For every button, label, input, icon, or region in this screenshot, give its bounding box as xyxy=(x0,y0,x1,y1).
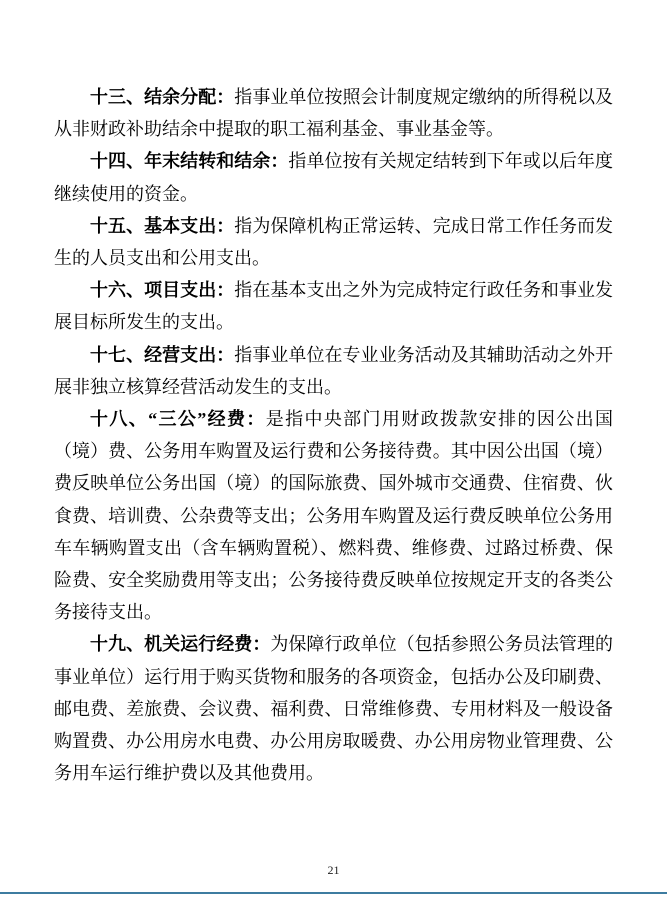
paragraph-heading: 十九、机关运行经费： xyxy=(90,634,270,654)
paragraph: 十三、结余分配：指事业单位按照会计制度规定缴纳的所得税以及从非财政补助结余中提取… xyxy=(54,81,613,145)
paragraph: 十四、年末结转和结余：指单位按有关规定结转到下年或以后年度继续使用的资金。 xyxy=(54,145,613,209)
document-page: 十三、结余分配：指事业单位按照会计制度规定缴纳的所得税以及从非财政补助结余中提取… xyxy=(0,0,667,900)
paragraph-body: 为保障行政单位（包括参照公务员法管理的事业单位）运行用于购买货物和服务的各项资金… xyxy=(54,634,613,783)
paragraph: 十八、“三公”经费：是指中央部门用财政拨款安排的因公出国（境）费、公务用车购置及… xyxy=(54,403,613,628)
paragraph-heading: 十七、经营支出： xyxy=(90,345,234,365)
paragraph-body: 是指中央部门用财政拨款安排的因公出国（境）费、公务用车购置及运行费和公务接待费。… xyxy=(54,409,613,622)
footer-rule xyxy=(0,892,667,894)
paragraph: 十七、经营支出：指事业单位在专业业务活动及其辅助活动之外开展非独立核算经营活动发… xyxy=(54,339,613,403)
paragraph: 十六、项目支出：指在基本支出之外为完成特定行政任务和事业发展目标所发生的支出。 xyxy=(54,274,613,338)
paragraph-heading: 十六、项目支出： xyxy=(90,280,234,300)
page-number: 21 xyxy=(0,863,667,878)
paragraph-heading: 十五、基本支出： xyxy=(90,216,234,236)
paragraph-heading: 十四、年末结转和结余： xyxy=(90,151,288,171)
paragraph-heading: 十三、结余分配： xyxy=(90,87,234,107)
paragraph-heading: 十八、“三公”经费： xyxy=(90,409,266,429)
document-body-text: 十三、结余分配：指事业单位按照会计制度规定缴纳的所得税以及从非财政补助结余中提取… xyxy=(54,81,613,789)
paragraph: 十五、基本支出：指为保障机构正常运转、完成日常工作任务而发生的人员支出和公用支出… xyxy=(54,210,613,274)
paragraph: 十九、机关运行经费：为保障行政单位（包括参照公务员法管理的事业单位）运行用于购买… xyxy=(54,628,613,789)
